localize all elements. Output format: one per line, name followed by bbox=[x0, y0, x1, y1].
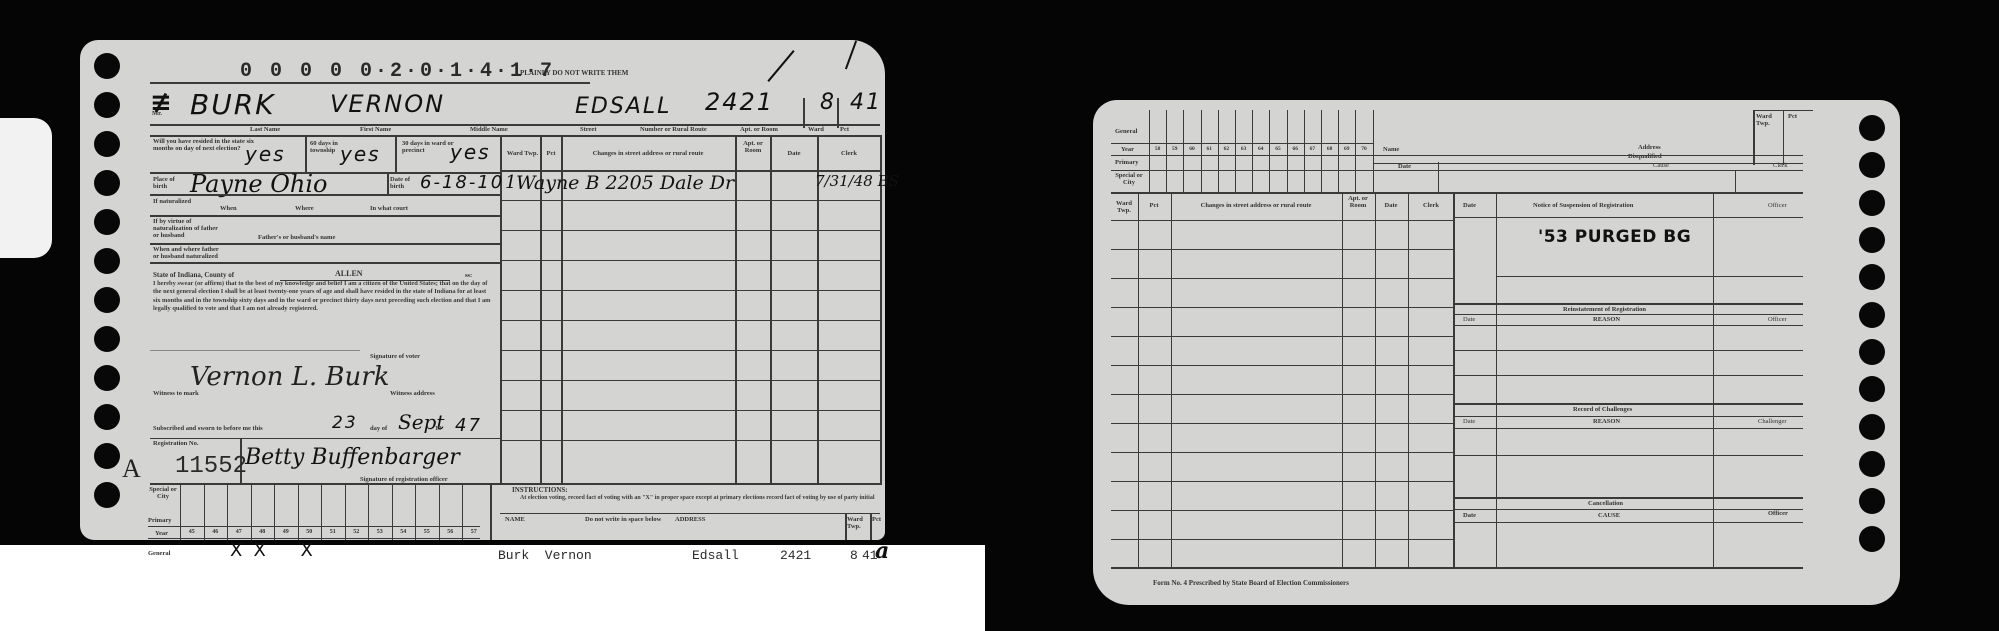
label-ward-twp: Ward Twp. bbox=[1756, 113, 1780, 127]
oath-text: I hereby swear (or affirm) that to the b… bbox=[153, 280, 493, 314]
cancellation-cause-label: CAUSE bbox=[1598, 512, 1620, 519]
grid-year-52: 52 bbox=[345, 529, 369, 536]
row-clerk: 7/31/48 BS bbox=[815, 172, 899, 190]
label-place-of-birth: Place of birth bbox=[153, 176, 183, 190]
label-middle-name: Middle Name bbox=[470, 126, 508, 133]
grid-year-66: 66 bbox=[1287, 146, 1304, 152]
footer-label-address: ADDRESS bbox=[675, 516, 705, 523]
col-date: Date bbox=[771, 150, 817, 157]
last-name: BURK bbox=[190, 88, 276, 121]
grid-year-49: 49 bbox=[274, 529, 298, 536]
grid-year-50: 50 bbox=[298, 529, 322, 536]
label-disqualified: Disqualified bbox=[1628, 153, 1662, 160]
precinct-number: 41 bbox=[850, 90, 882, 115]
label-when-where-father: When and where father or husband natural… bbox=[153, 246, 223, 260]
suffix-mark: a bbox=[875, 538, 889, 564]
registration-card-front: 0 0 0 0 0·2·0·1·4·1·7 PLAINLY DO NOT WRI… bbox=[80, 40, 885, 540]
grid-label-general: General bbox=[148, 550, 170, 557]
grid-year-62: 62 bbox=[1218, 146, 1235, 152]
label-name: Name bbox=[1383, 146, 1399, 153]
label-by-father: If by virtue of naturalization of father… bbox=[153, 218, 223, 239]
footer-label-pct: Pct bbox=[872, 516, 881, 523]
ward-number: 8 bbox=[820, 90, 836, 115]
grid-year-53: 53 bbox=[368, 529, 392, 536]
grid-year-51: 51 bbox=[321, 529, 345, 536]
grid-year-60: 60 bbox=[1183, 146, 1200, 152]
grid-year-64: 64 bbox=[1252, 146, 1269, 152]
county-name: ALLEN bbox=[335, 270, 363, 279]
label-first-name: First Name bbox=[360, 126, 391, 133]
col-changes: Changes in street address or rural route bbox=[562, 150, 734, 157]
challenges-date-label: Date bbox=[1463, 418, 1475, 425]
col-ward-twp: Ward Twp. bbox=[505, 150, 540, 157]
challenges-reason-label: REASON bbox=[1593, 418, 1620, 425]
label-witness-address: Witness address bbox=[390, 390, 435, 397]
residence-township-answer: yes bbox=[340, 142, 381, 166]
typed-street: Edsall bbox=[692, 548, 739, 563]
grid-label-primary: Primary bbox=[1115, 159, 1138, 166]
registrar-signature: Betty Buffenbarger bbox=[245, 445, 460, 470]
general-vote-mark: X bbox=[254, 540, 268, 561]
residence-state-answer: yes bbox=[245, 142, 286, 166]
grid-year-56: 56 bbox=[439, 529, 463, 536]
suspension-officer-label: Officer bbox=[1768, 202, 1787, 209]
street-number: 2421 bbox=[705, 88, 774, 116]
grid-label-general: General bbox=[1115, 128, 1137, 135]
label-day-of: day of bbox=[370, 425, 387, 432]
first-name: VERNON bbox=[330, 90, 445, 118]
reinstatement-reason-label: REASON bbox=[1593, 316, 1620, 323]
general-vote-mark: X bbox=[230, 540, 244, 561]
series-letter: A bbox=[122, 454, 141, 484]
ss-label: ss: bbox=[465, 272, 472, 279]
grid-year-65: 65 bbox=[1269, 146, 1286, 152]
reinstatement-date-label: Date bbox=[1463, 316, 1475, 323]
reinstatement-officer-label: Officer bbox=[1768, 316, 1787, 323]
grid-year-57: 57 bbox=[462, 529, 486, 536]
purged-stamp: '53 PURGED BG bbox=[1538, 227, 1691, 247]
cancellation-title: Cancellation bbox=[1588, 500, 1623, 507]
label-apt: Apt. or Room bbox=[740, 126, 778, 133]
instructions-text: At election voting, record fact of votin… bbox=[520, 495, 880, 502]
grid-label-special: Special or City bbox=[1115, 172, 1143, 186]
grid-year-46: 46 bbox=[204, 529, 228, 536]
grid-year-48: 48 bbox=[251, 529, 275, 536]
grid-year-55: 55 bbox=[415, 529, 439, 536]
label-when: When bbox=[220, 205, 237, 212]
sworn-day: 23 bbox=[332, 413, 358, 433]
label-address: Address bbox=[1638, 144, 1661, 151]
label-pct: Pct bbox=[1788, 113, 1797, 120]
cancellation-date-label: Date bbox=[1463, 512, 1476, 519]
state-county-line: State of Indiana, County of bbox=[153, 272, 234, 280]
challenges-challenger-label: Challenger bbox=[1758, 418, 1787, 425]
label-subscribed: Subscribed and sworn to before me this bbox=[153, 425, 263, 432]
footer-label-name: NAME bbox=[505, 516, 525, 523]
white-tab bbox=[0, 118, 52, 258]
form-footer: Form No. 4 Prescribed by State Board of … bbox=[1153, 580, 1349, 588]
label-father-name: Father's or husband's name bbox=[258, 234, 335, 241]
grid-year-68: 68 bbox=[1321, 146, 1338, 152]
voter-signature: Vernon L. Burk bbox=[190, 362, 389, 392]
grid-year-63: 63 bbox=[1235, 146, 1252, 152]
label-number: Number or Rural Route bbox=[640, 126, 707, 133]
card-number-strip: 0 0 0 0 0·2·0·1·4·1·7 bbox=[240, 60, 555, 83]
col-pct: Pct bbox=[541, 150, 561, 157]
grid-label-primary: Primary bbox=[148, 517, 171, 524]
suspension-date-label: Date bbox=[1463, 202, 1476, 209]
general-vote-mark: X bbox=[301, 540, 315, 561]
check-mark bbox=[767, 50, 794, 82]
challenges-title: Record of Challenges bbox=[1573, 406, 1632, 413]
typed-ward: 8 bbox=[850, 548, 858, 563]
label-signature-of-voter: Signature of voter bbox=[370, 353, 420, 360]
col-apt: Apt. or Room bbox=[1343, 195, 1373, 209]
grid-year-58: 58 bbox=[1149, 146, 1166, 152]
street-name: EDSALL bbox=[575, 94, 671, 119]
date-of-birth: 6-18-10 bbox=[420, 172, 504, 193]
grid-year-61: 61 bbox=[1201, 146, 1218, 152]
label-street: Street bbox=[580, 126, 596, 133]
hash-mark: ≢ bbox=[150, 88, 174, 118]
label-ward: Ward bbox=[808, 126, 824, 133]
label-registration-no: Registration No. bbox=[153, 440, 199, 447]
strip-notice: PLAINLY DO NOT WRITE THEM bbox=[520, 70, 628, 78]
label-where: Where bbox=[295, 205, 314, 212]
row-change: Wayne B 2205 Dale Dr bbox=[516, 172, 734, 194]
label-cause: Cause bbox=[1653, 162, 1669, 169]
label-court: In what court bbox=[370, 205, 408, 212]
label-year-prefix: 19 bbox=[435, 425, 442, 432]
grid-label-year: Year bbox=[1121, 146, 1134, 153]
label-last-name: Last Name bbox=[250, 126, 280, 133]
typed-number: 2421 bbox=[780, 548, 811, 563]
grid-year-70: 70 bbox=[1355, 146, 1372, 152]
grid-year-45: 45 bbox=[180, 529, 204, 536]
col-apt: Apt. or Room bbox=[736, 140, 770, 154]
grid-label-special: Special or City bbox=[148, 486, 178, 500]
label-pct: Pct bbox=[840, 126, 849, 133]
col-ward-twp: Ward Twp. bbox=[1111, 200, 1137, 214]
check-mark-2 bbox=[845, 41, 857, 70]
col-clerk: Clerk bbox=[818, 150, 880, 157]
footer-label-do-not-write: Do not write in space below bbox=[585, 516, 661, 523]
row-ward: 1 bbox=[505, 172, 516, 193]
white-overlay-strip bbox=[0, 545, 985, 631]
grid-year-59: 59 bbox=[1166, 146, 1183, 152]
grid-year-67: 67 bbox=[1304, 146, 1321, 152]
cancellation-officer-label: Officer bbox=[1768, 510, 1788, 517]
residence-precinct-answer: yes bbox=[450, 140, 491, 164]
label-naturalized: If naturalized bbox=[153, 198, 193, 205]
grid-label-year: Year bbox=[155, 530, 168, 537]
footer-label-ward: Ward Twp. bbox=[847, 516, 867, 530]
grid-year-47: 47 bbox=[227, 529, 251, 536]
label-witness-to-mark: Witness to mark bbox=[153, 390, 199, 397]
col-changes: Changes in street address or rural route bbox=[1171, 202, 1341, 209]
instructions-title: INSTRUCTIONS: bbox=[512, 487, 568, 495]
label-clerk: Clerk bbox=[1773, 162, 1787, 169]
suspension-title: Notice of Suspension of Registration bbox=[1533, 202, 1633, 209]
grid-year-69: 69 bbox=[1338, 146, 1355, 152]
typed-name: Burk Vernon bbox=[498, 548, 592, 563]
label-date-of-birth: Date of birth bbox=[390, 176, 420, 190]
sworn-year: 47 bbox=[455, 415, 482, 436]
reinstatement-title: Reinstatement of Registration bbox=[1563, 306, 1646, 313]
col-clerk: Clerk bbox=[1409, 202, 1453, 209]
grid-year-54: 54 bbox=[392, 529, 416, 536]
registration-number: 11552 bbox=[175, 453, 247, 480]
col-date: Date bbox=[1375, 202, 1407, 209]
col-pct: Pct bbox=[1138, 202, 1170, 209]
registration-card-back: General Year Primary Special or City 585… bbox=[1093, 100, 1900, 605]
